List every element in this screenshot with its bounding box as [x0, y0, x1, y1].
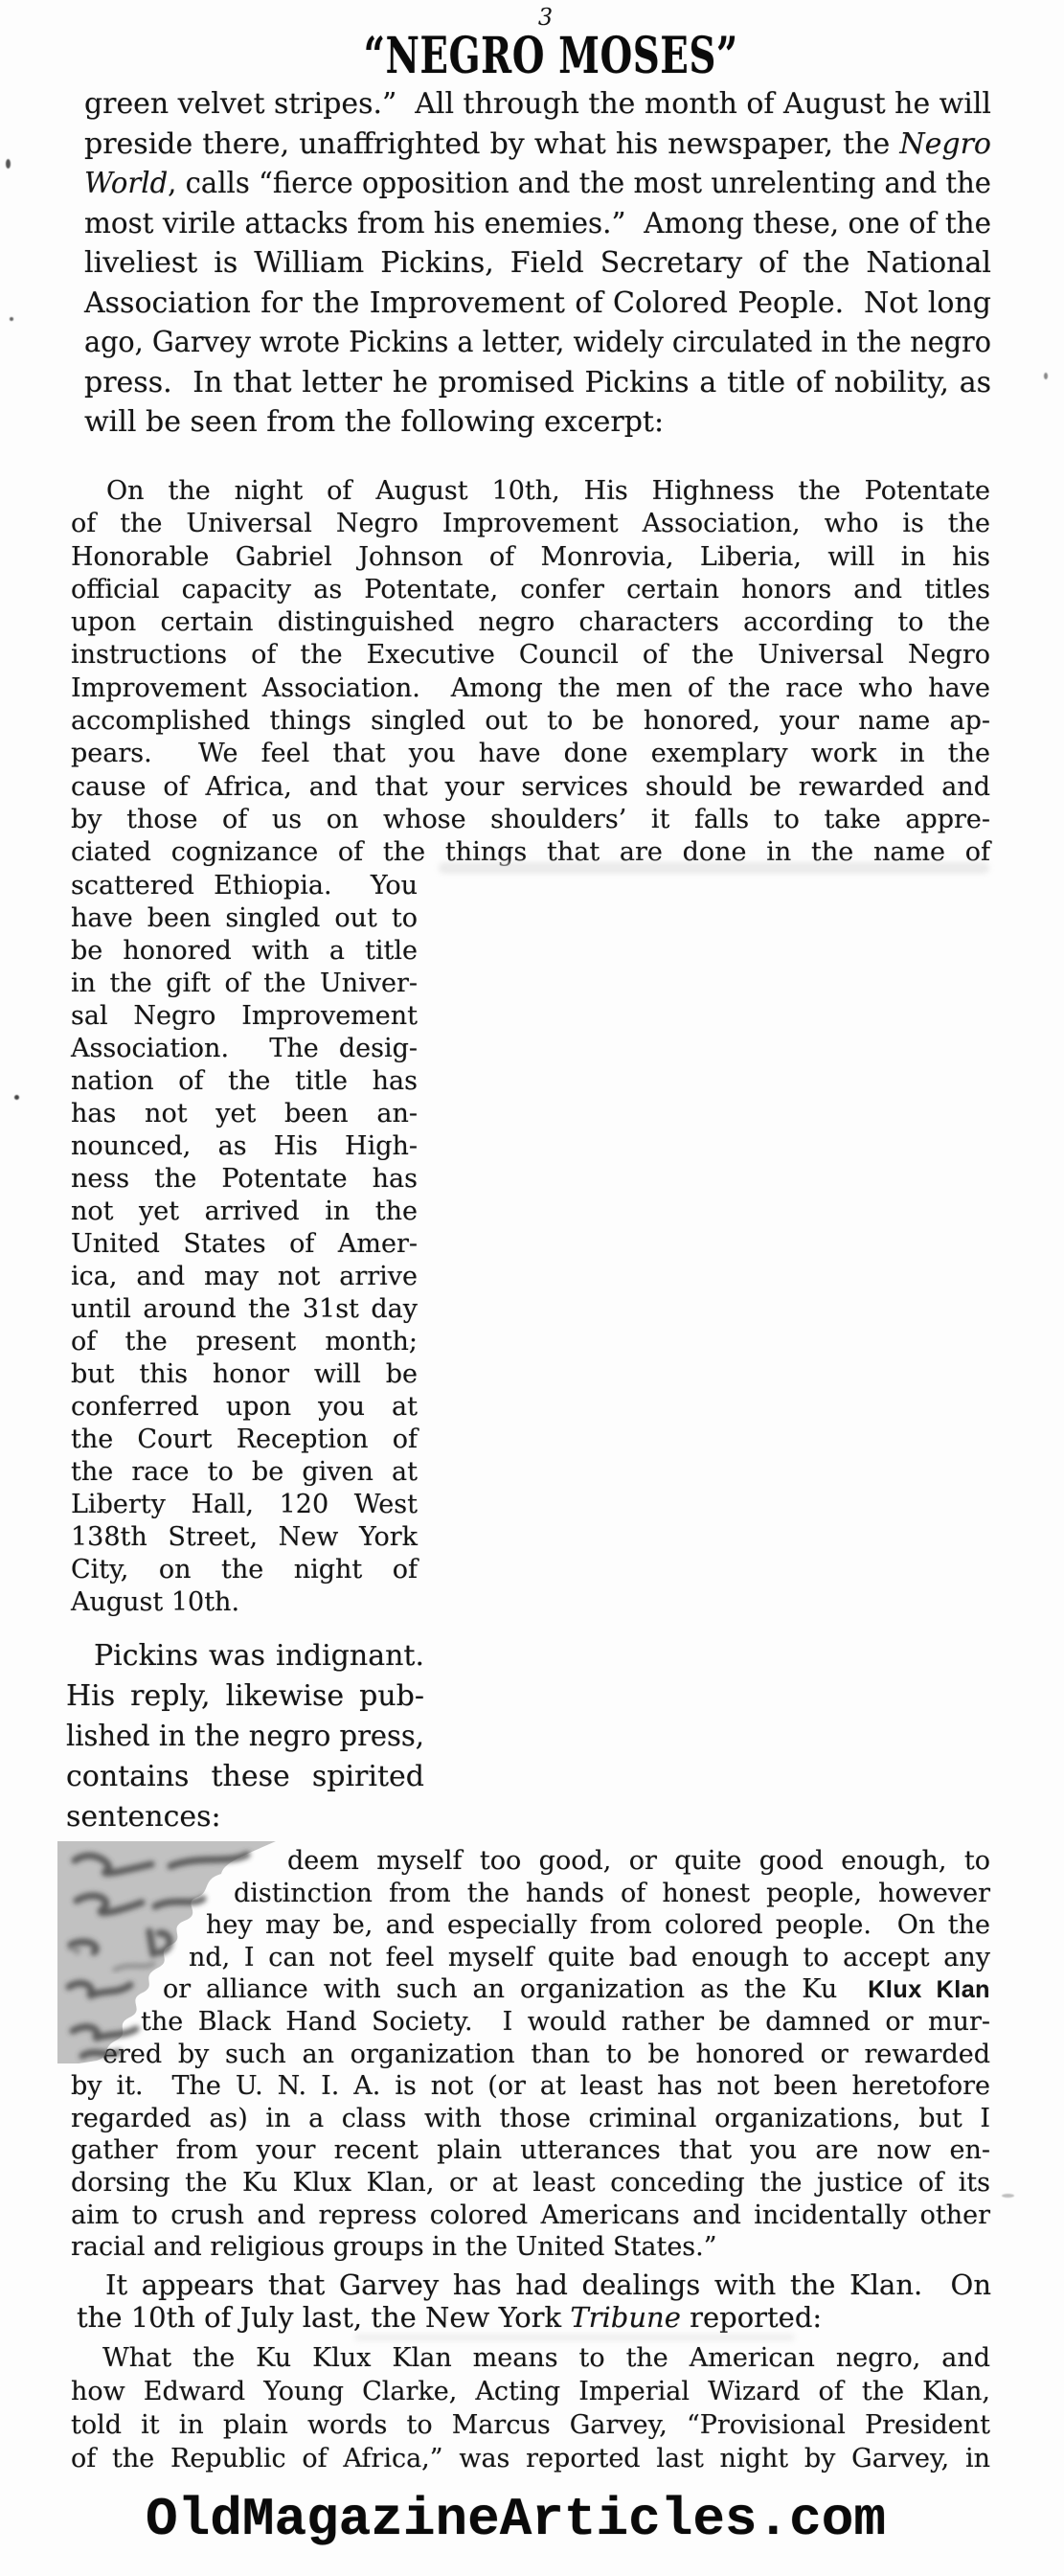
text-line: preside there, unaffrighted by what his … [84, 125, 991, 165]
article-title-text: “NEGRO MOSES” [364, 27, 738, 85]
text-line: the race to be given at [71, 1456, 418, 1489]
text-line: His reply, likewise pub- [66, 1676, 424, 1717]
text-line: the 10th of July last, the New York Trib… [77, 2301, 991, 2334]
text-line: deem myself too good, or quite good enou… [71, 1845, 990, 1878]
text-line: of the Universal Negro Improvement Assoc… [71, 508, 990, 540]
text-line: press. In that letter he promised Pickin… [84, 363, 991, 403]
tribune-quote: What the Ku Klux Klan means to the Ameri… [71, 2341, 990, 2475]
text-line: It appears that Garvey has had dealings … [77, 2268, 991, 2301]
text-line: dorsing the Ku Klux Klan, or at least co… [71, 2167, 990, 2200]
text-line: ered by such an organization than to be … [71, 2039, 990, 2071]
paper-speck [14, 1095, 19, 1100]
text-line: the Black Hand Society. I would rather b… [71, 2006, 990, 2039]
text-line: until around the 31st day [71, 1293, 418, 1326]
paper-speck [1002, 2194, 1014, 2198]
paper-speck [1044, 373, 1048, 379]
text-line: nation of the title has [71, 1065, 418, 1098]
opening-paragraph: green velvet stripes.” All through the m… [84, 84, 991, 443]
text-line: not yet arrived in the [71, 1196, 418, 1228]
pickins-paragraph: Pickins was indignant.His reply, likewis… [66, 1636, 424, 1837]
text-line: green velvet stripes.” All through the m… [84, 84, 991, 125]
text-line: aim to crush and repress colored America… [71, 2200, 990, 2232]
garvey-letter-quote-wide: On the night of August 10th, His Highnes… [71, 475, 990, 870]
text-line: liveliest is William Pickins, Field Secr… [84, 243, 991, 284]
garvey-letter-quote-narrow: scattered Ethiopia. Youhave been singled… [71, 870, 418, 1619]
text-line: distinction from the hands of honest peo… [71, 1878, 990, 1910]
text-line: told it in plain words to Marcus Garvey,… [71, 2408, 990, 2442]
text-line: the Court Reception of [71, 1424, 418, 1456]
text-line: hey may be, and especially from colored … [71, 1909, 990, 1942]
klan-dealings-paragraph: It appears that Garvey has had dealings … [77, 2268, 991, 2334]
text-line: of the Republic of Africa,” was reported… [71, 2442, 990, 2475]
text-line: instructions of the Executive Council of… [71, 639, 990, 672]
text-line: Liberty Hall, 120 West [71, 1489, 418, 1521]
text-line: will be seen from the following excerpt: [84, 402, 991, 443]
text-line: scattered Ethiopia. You [71, 870, 418, 902]
text-line: Honorable Gabriel Johnson of Monrovia, L… [71, 541, 990, 574]
text-line: contains these spirited [66, 1757, 424, 1797]
text-line: United States of Amer- [71, 1228, 418, 1261]
text-line: sentences: [66, 1797, 424, 1837]
text-line: accomplished things singled out to be ho… [71, 705, 990, 738]
text-line: upon certain distinguished negro charact… [71, 606, 990, 639]
scan-streak [354, 2334, 795, 2341]
text-line: Pickins was indignant. [66, 1636, 424, 1676]
text-line: August 10th. [71, 1586, 418, 1619]
text-line: have been singled out to [71, 902, 418, 935]
text-line: in the gift of the Univer- [71, 968, 418, 1000]
text-line: nounced, as His High- [71, 1130, 418, 1163]
text-line: gather from your recent plain utterances… [71, 2134, 990, 2167]
text-line: 138th Street, New York [71, 1521, 418, 1554]
text-line: pears. We feel that you have done exempl… [71, 738, 990, 770]
site-watermark: OldMagazineArticles.com [0, 2489, 1048, 2550]
text-line: ness the Potentate has [71, 1163, 418, 1196]
text-line: official capacity as Potentate, confer c… [71, 574, 990, 606]
text-line: On the night of August 10th, His Highnes… [71, 475, 990, 508]
text-line: sal Negro Improvement [71, 1000, 418, 1033]
text-line: lished in the negro press, [66, 1717, 424, 1757]
text-line: cause of Africa, and that your services … [71, 771, 990, 804]
text-line: by those of us on whose shoulders’ it fa… [71, 804, 990, 836]
scanned-magazine-page: { "colors": { "ink": "#151515", "paper":… [0, 0, 1064, 2576]
text-line: Association for the Improvement of Color… [84, 284, 991, 324]
paper-speck [10, 317, 13, 321]
text-line: ago, Garvey wrote Pickins a letter, wide… [84, 323, 991, 363]
text-line: how Edward Young Clarke, Acting Imperial… [71, 2375, 990, 2408]
text-line: nd, I can not feel myself quite bad enou… [71, 1942, 990, 1974]
text-line: What the Ku Klux Klan means to the Ameri… [71, 2341, 990, 2375]
text-line: but this honor will be [71, 1358, 418, 1391]
text-line: ica, and may not arrive [71, 1261, 418, 1293]
text-line: by it. The U. N. I. A. is not (or at lea… [71, 2070, 990, 2103]
scan-streak [439, 862, 989, 874]
text-line: World, calls “fierce opposition and the … [84, 164, 991, 204]
article-title: “NEGRO MOSES” [19, 27, 1064, 85]
text-line: Improvement Association. Among the men o… [71, 672, 990, 705]
text-line: regarded as) in a class with those crimi… [71, 2103, 990, 2135]
text-line: conferred upon you at [71, 1391, 418, 1424]
text-line: Association. The desig- [71, 1033, 418, 1065]
pickins-reply-quote: deem myself too good, or quite good enou… [71, 1845, 990, 2264]
text-line: most virile attacks from his enemies.” A… [84, 204, 991, 244]
text-line: be honored with a title [71, 935, 418, 968]
text-line: racial and religious groups in the Unite… [71, 2231, 990, 2264]
paper-speck [6, 159, 11, 169]
text-line: City, on the night of [71, 1554, 418, 1586]
text-line: has not yet been an- [71, 1098, 418, 1130]
text-line: of the present month; [71, 1326, 418, 1358]
text-line: or alliance with such an organization as… [71, 1973, 990, 2006]
